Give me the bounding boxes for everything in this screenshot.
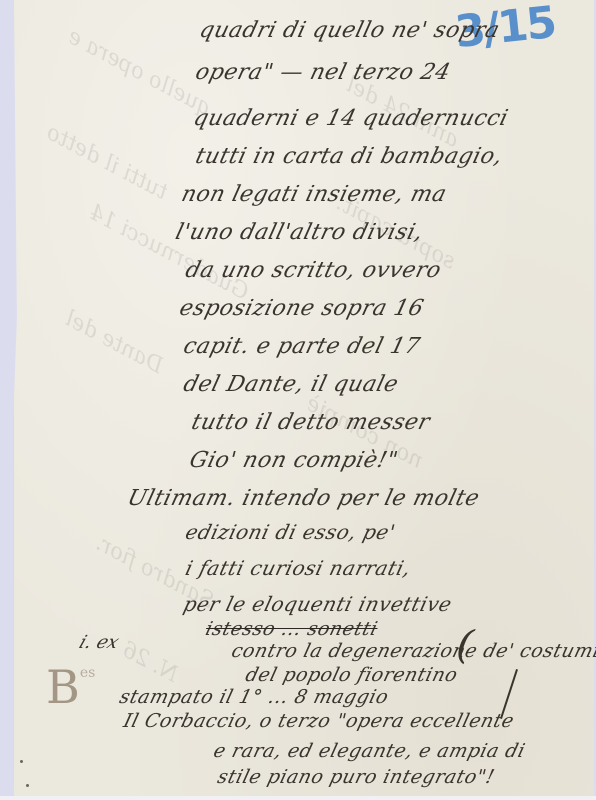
handwritten-line: per le eloquenti invettive — [181, 592, 455, 616]
handwritten-line: istesso ... sonetti — [203, 618, 380, 640]
handwritten-line: e rara, ed elegante, e ampia di — [211, 740, 527, 762]
stamp-superscript: es — [80, 665, 95, 681]
handwritten-line: Il Corbaccio, o terzo "opera eccellente — [121, 710, 516, 732]
margin-note: i. ex — [76, 632, 122, 653]
handwritten-line: tutti in carta di bambagio, — [193, 144, 505, 169]
handwritten-line: esposizione sopra 16 — [177, 296, 426, 321]
handwritten-line: non legati insieme, ma — [179, 182, 449, 207]
scan-background-strip — [0, 796, 596, 800]
paper-speck — [20, 760, 23, 763]
handwritten-line: stile piano puro integrato"! — [215, 766, 497, 788]
handwritten-line: l'uno dall'altro divisi, — [173, 220, 426, 245]
handwritten-line: opera" — nel terzo 24 — [193, 60, 453, 85]
handwritten-line: del popolo fiorentino — [243, 664, 460, 686]
handwritten-line: da uno scritto, ovvero — [183, 258, 444, 283]
handwritten-line: i fatti curiosi narrati, — [183, 556, 414, 580]
handwritten-line: contro la degenerazione de' costumi — [229, 640, 596, 662]
handwritten-line: quadri di quello ne' sopra — [197, 18, 502, 43]
handwritten-line: Ultimam. intendo per le molte — [125, 486, 482, 511]
handwritten-line: capit. e parte del 17 — [181, 334, 423, 359]
handwritten-line: del Dante, il quale — [181, 372, 401, 397]
library-stamp: Bes — [46, 660, 95, 714]
handwritten-line: stampato il 1° ... 8 maggio — [117, 686, 391, 708]
handwritten-line: edizioni di esso, pe' — [183, 520, 398, 544]
stamp-letter: B — [46, 660, 80, 714]
handwritten-line: quaderni e 14 quadernucci — [191, 106, 511, 131]
handwritten-line: Gio' non compiè!" — [187, 448, 401, 473]
paper-speck — [26, 784, 29, 787]
handwritten-line: tutto il detto messer — [189, 410, 433, 435]
